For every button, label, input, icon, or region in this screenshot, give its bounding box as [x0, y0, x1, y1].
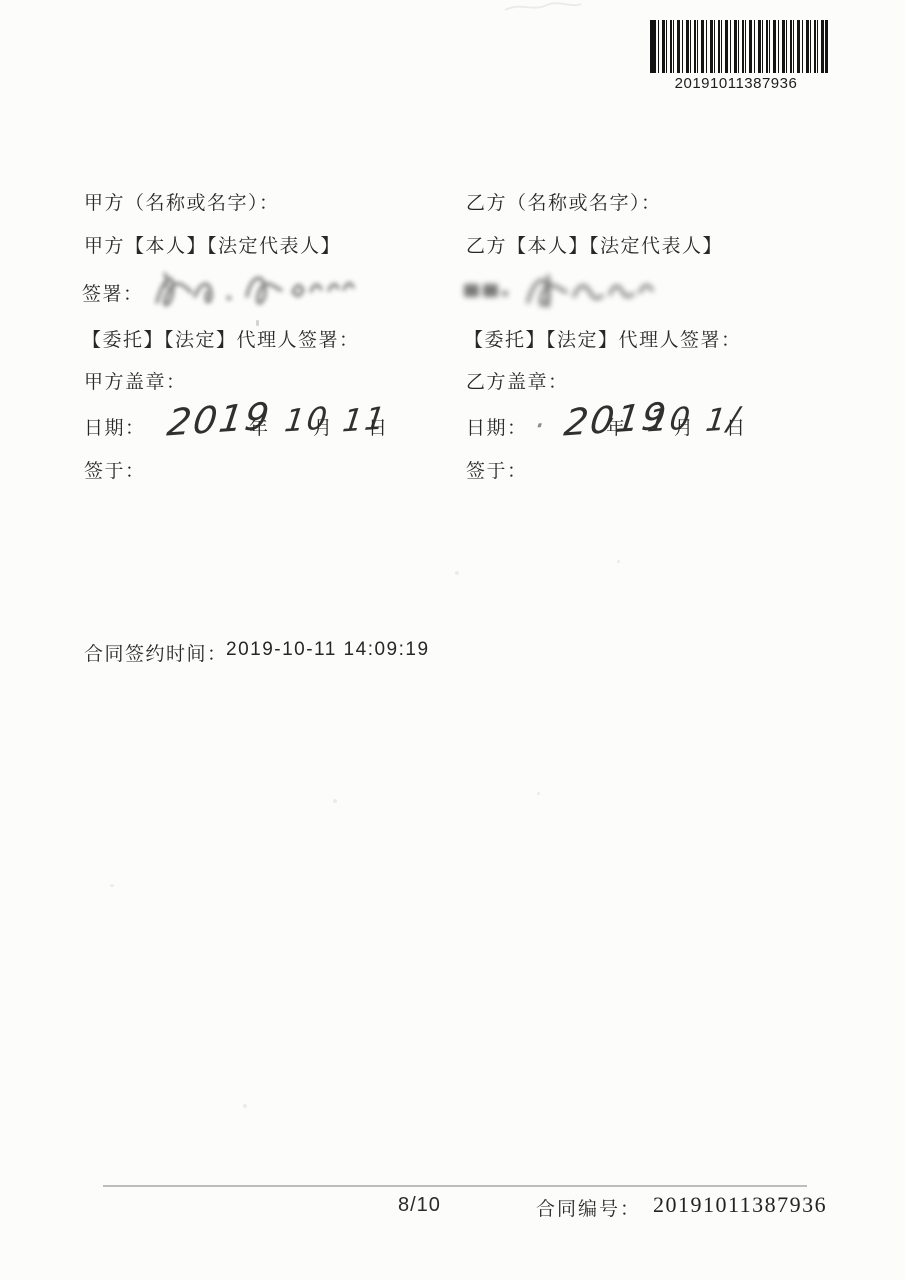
- party-a-date-label: 日期：: [84, 413, 146, 440]
- party-b-date-day-unit: 日: [726, 413, 747, 440]
- footer-divider-line: [103, 1185, 807, 1187]
- scan-speck: [455, 571, 459, 575]
- party-b-signed-at-label: 签于：: [466, 456, 528, 483]
- party-a-representative-label: 甲方【本人】【法定代表人】: [84, 231, 341, 258]
- party-b-date-month-unit: 月: [674, 413, 695, 440]
- party-b-agent-sign-label: 【委托】【法定】代理人签署：: [464, 325, 742, 352]
- party-b-date-label: 日期：: [466, 413, 528, 440]
- party-a-agent-sign-label: 【委托】【法定】代理人签署：: [82, 325, 360, 352]
- footer-page-number: 8/10: [398, 1194, 441, 1217]
- scan-speck: [537, 792, 540, 795]
- scan-speck: [110, 884, 114, 887]
- barcode-bars: [650, 20, 828, 73]
- signing-time-value: 2019-10-11 14:09:19: [226, 639, 430, 661]
- party-b-date-year-unit: 年: [606, 413, 627, 440]
- footer-contract-no: 20191011387936: [653, 1192, 827, 1218]
- party-a-date-month-unit: 月: [313, 413, 334, 440]
- scan-speck: [333, 799, 337, 803]
- party-a-signed-at-label: 签于：: [84, 456, 146, 483]
- party-a-seal-label: 甲方盖章：: [84, 367, 187, 394]
- party-a-sign-label: 签署：: [82, 279, 144, 306]
- scan-speck: [256, 320, 259, 326]
- party-b-signature-scribble: [462, 268, 672, 320]
- scanned-contract-page: 20191011387936 甲方（名称或名字）： 甲方【本人】【法定代表人】 …: [0, 0, 905, 1280]
- party-b-seal-label: 乙方盖章：: [466, 367, 569, 394]
- scan-smudge: [503, 0, 583, 16]
- footer-contract-no-label: 合同编号：: [536, 1194, 641, 1221]
- barcode-number: 20191011387936: [650, 75, 822, 92]
- party-b-date-prefix-mark: ·: [532, 408, 548, 445]
- party-a-signature-scribble: [143, 262, 358, 320]
- barcode: 20191011387936: [650, 20, 822, 92]
- scan-speck: [243, 1104, 247, 1108]
- signing-time-label: 合同签约时间：: [84, 639, 228, 666]
- party-a-name-label: 甲方（名称或名字）：: [84, 188, 280, 215]
- party-b-name-label: 乙方（名称或名字）：: [466, 188, 662, 215]
- party-b-representative-label: 乙方【本人】【法定代表人】: [466, 231, 723, 258]
- party-a-date-day-unit: 日: [368, 413, 389, 440]
- scan-speck: [617, 560, 620, 563]
- party-a-date-year-unit: 年: [249, 413, 270, 440]
